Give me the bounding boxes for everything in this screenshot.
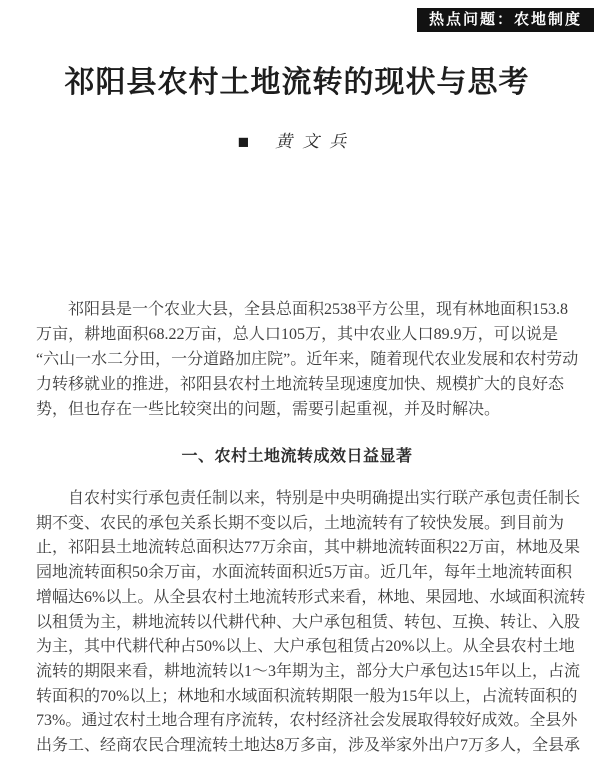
intro-paragraph: 祁阳县是一个农业大县，全县总面积2538平方公里，现有林地面积153.8万亩，耕…	[36, 297, 558, 422]
topic-badge: 热点问题：农地制度	[417, 8, 594, 32]
text-line: “六山一水二分田，一分道路加庄院”。近年来，随着现代农业发展和农村劳动	[36, 347, 558, 372]
text-line: 转面积的70%以上；林地和水域面积流转期限一般为15年以上，占流转面积的	[36, 685, 558, 710]
section-1-paragraph: 自农村实行承包责任制以来，特别是中央明确提出实行联产承包责任制长期不变、农民的承…	[36, 487, 558, 759]
text-line: 止，祁阳县土地流转总面积达77万余亩，其中耕地流转面积22万亩，林地及果	[36, 536, 558, 561]
text-line: 园地流转面积50余万亩，水面流转面积近5万亩。近几年，每年土地流转面积	[36, 561, 558, 586]
text-line: 出务工、经商农民合理流转土地达8万多亩，涉及举家外出户7万多人，全县承	[36, 734, 558, 759]
article-page: 热点问题：农地制度 祁阳县农村土地流转的现状与思考 ■黄文兵 祁阳县是一个农业大…	[0, 0, 594, 762]
author-marker-square-icon: ■	[238, 131, 249, 155]
article-title: 祁阳县农村土地流转的现状与思考	[0, 64, 594, 102]
author-name: 黄文兵	[275, 132, 356, 151]
text-line: 势，但也存在一些比较突出的问题，需要引起重视，并及时解决。	[36, 397, 558, 422]
text-line: 期不变、农民的承包关系长期不变以后，土地流转有了较快发展。到目前为	[36, 512, 558, 537]
text-line: 以租赁为主，耕地流转以代耕代种、大户承包租赁、转包、互换、转让、入股	[36, 611, 558, 636]
author-line: ■黄文兵	[0, 130, 594, 155]
text-line: 73%。通过农村土地合理有序流转，农村经济社会发展取得较好成效。全县外	[36, 709, 558, 734]
text-line: 万亩，耕地面积68.22万亩，总人口105万，其中农业人口89.9万，可以说是	[36, 322, 558, 347]
text-line: 流转的期限来看，耕地流转以1～3年期为主，部分大户承包达15年以上，占流	[36, 660, 558, 685]
text-line: 自农村实行承包责任制以来，特别是中央明确提出实行联产承包责任制长	[36, 487, 558, 512]
text-line: 增幅达6%以上。从全县农村土地流转形式来看，林地、果园地、水域面积流转	[36, 586, 558, 611]
text-line: 祁阳县是一个农业大县，全县总面积2538平方公里，现有林地面积153.8	[36, 297, 558, 322]
text-line: 为主，其中代耕代种占50%以上、大户承包租赁占20%以上。从全县农村土地	[36, 635, 558, 660]
text-line: 力转移就业的推进，祁阳县农村土地流转呈现速度加快、规模扩大的良好态	[36, 372, 558, 397]
section-1-heading: 一、农村土地流转成效日益显著	[0, 446, 594, 468]
